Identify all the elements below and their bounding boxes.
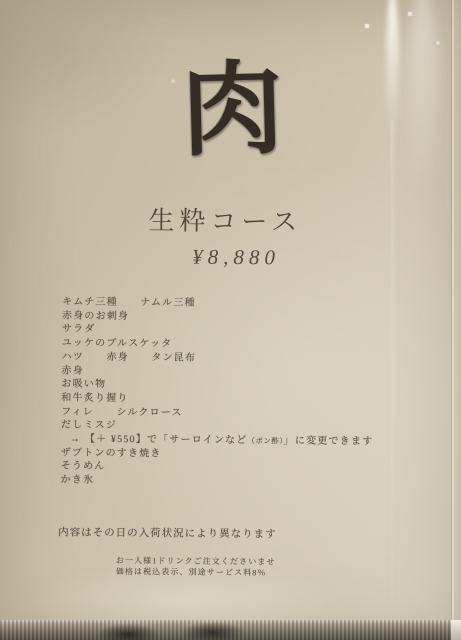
meat-calligraphy: 肉 — [0, 50, 461, 174]
menu-content: 肉 生粋コース ¥8,880 キムチ三種 ナムル三種 赤身のお刺身 サラダ ユッ… — [0, 0, 461, 640]
upgrade-note-small-text: （ポン酢） — [247, 436, 283, 445]
course-title: 生粋コース — [1, 199, 450, 240]
footer-notes: お一人様1ドリンクご注文くださいませ 価格は税込表示、別途サービス料8％ — [116, 555, 276, 578]
dust-specks-icon — [0, 0, 2, 2]
menu-photo: 肉 生粋コース ¥8,880 キムチ三種 ナムル三種 赤身のお刺身 サラダ ユッ… — [0, 0, 461, 640]
upgrade-note-suffix: 」に変更できます — [284, 436, 374, 448]
availability-note: 内容はその日の入荷状況により異なります — [58, 525, 277, 542]
table-edge — [0, 620, 461, 640]
course-price: ¥8,880 — [10, 243, 461, 272]
menu-item-list: キムチ三種 ナムル三種 赤身のお刺身 サラダ ユッケのブルスケッタ ハツ 赤身 … — [61, 296, 423, 491]
menu-item: かき氷 — [61, 474, 421, 491]
table-edge-highlight — [451, 620, 461, 640]
footer-note-price: 価格は税込表示、別途サービス料8％ — [116, 566, 276, 578]
upgrade-note-text: → 【＋ ¥550】で「サーロインなど — [70, 434, 248, 447]
